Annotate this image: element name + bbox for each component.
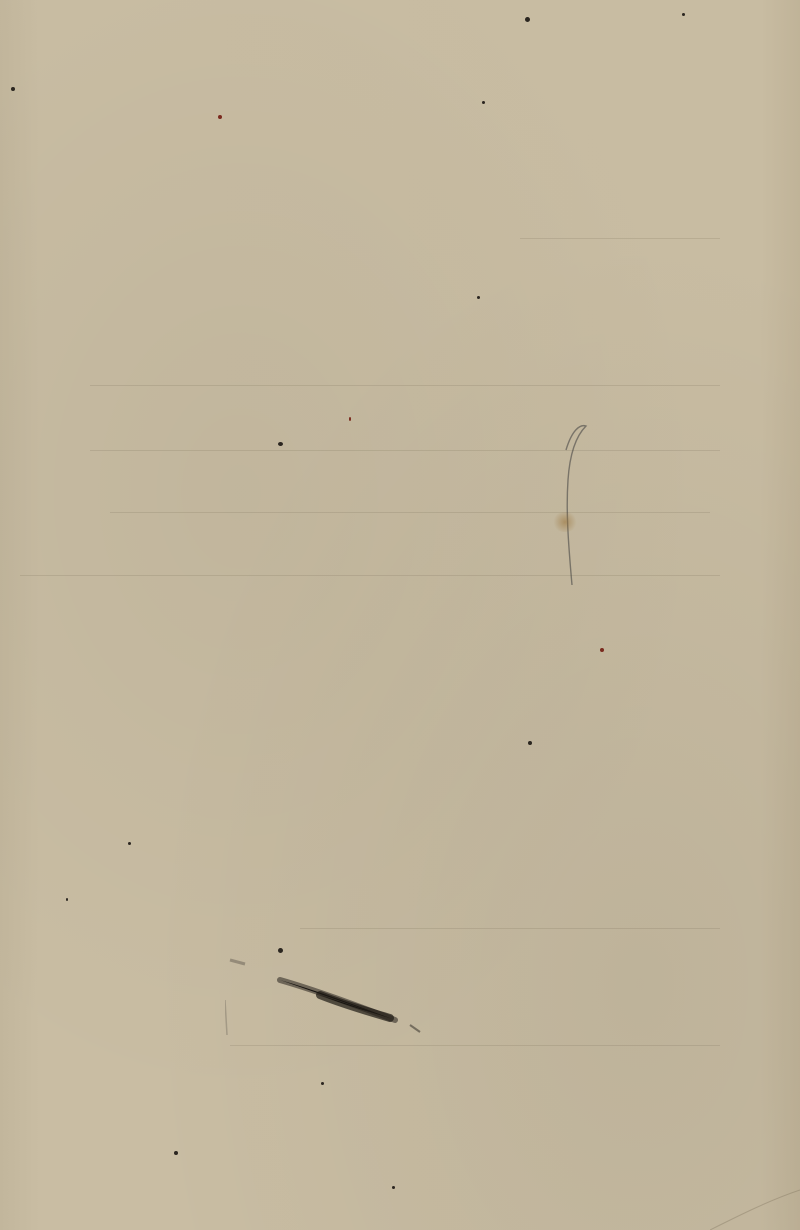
speck: [218, 115, 222, 119]
speck: [392, 1186, 395, 1189]
faint-ruled-line: [520, 238, 720, 239]
speck: [66, 898, 68, 901]
speck: [477, 296, 480, 299]
speck: [349, 417, 351, 421]
faint-ruled-line: [90, 450, 720, 451]
speck: [525, 17, 530, 22]
corner-crease: [710, 1170, 800, 1230]
speck: [682, 13, 685, 16]
faint-ruled-line: [20, 575, 720, 576]
speck: [278, 948, 283, 953]
speck: [174, 1151, 178, 1155]
speck: [600, 648, 604, 652]
pencil-stroke: [560, 420, 590, 590]
speck: [278, 442, 283, 446]
faint-ruled-line: [90, 385, 720, 386]
paper-page: [0, 0, 800, 1230]
faint-ruled-line: [110, 512, 710, 513]
speck: [528, 741, 532, 745]
speck: [321, 1082, 324, 1085]
ink-smudge: [225, 950, 435, 1040]
speck: [128, 842, 131, 845]
speck: [482, 101, 485, 104]
faint-ruled-line: [230, 1045, 720, 1046]
speck: [11, 87, 15, 91]
foxing-stain: [552, 512, 578, 532]
faint-ruled-line: [300, 928, 720, 929]
